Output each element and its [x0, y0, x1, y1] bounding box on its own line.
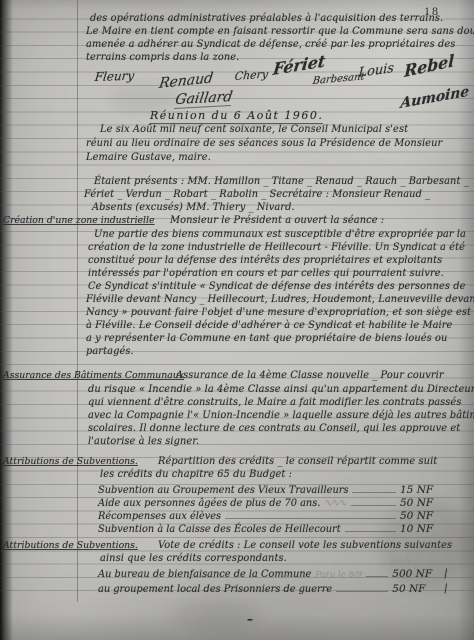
pencil-note: Paru le 8/9 [315, 570, 362, 580]
manuscript-line: création de la zone industrielle de Heil… [88, 242, 465, 253]
manuscript-line: réuni au lieu ordinaire de ses séances s… [86, 138, 442, 149]
manuscript-line: Nancy » pouvant faire l'objet d'une mesu… [86, 307, 471, 318]
margin-heading-zone: Création d'une zone industrielle [3, 215, 155, 226]
manuscript-line: les crédits du chapitre 65 du Budget : [100, 469, 292, 480]
margin-heading-repartition: Attributions de Subventions. [3, 456, 138, 467]
manuscript-line: à Fléville. Le Conseil décide d'adhérer … [86, 320, 452, 331]
manuscript-line: ainsi que les crédits correspondants. [100, 553, 287, 564]
manuscript-line: Monsieur le Président a ouvert la séance… [170, 215, 384, 226]
register-page: 18 des opérations administratives préala… [0, 0, 474, 640]
manuscript-line: Étaient présents : MM. Hamillon _ Titane… [94, 176, 469, 187]
signature: Gaillard [174, 89, 234, 109]
manuscript-line: Fériet _ Verdun _ Robart _ Rabolin _ Sec… [84, 189, 430, 200]
manuscript-line: Vote de crédits : Le conseil vote les su… [158, 540, 452, 551]
subsidy-label: Subvention à la Caisse des Écoles de Hei… [98, 524, 341, 535]
stray-mark: – [247, 612, 253, 626]
manuscript-line: intéressés par l'opération en cours et p… [88, 268, 444, 279]
manuscript-line: l'autorise à les signer. [88, 436, 199, 447]
manuscript-line: Le six Août mil neuf cent soixante, le C… [100, 124, 408, 135]
manuscript-line: Une partie des biens communaux est susce… [94, 229, 466, 240]
manuscript-line: Le Maire en tient compte en faisant ress… [86, 26, 474, 37]
signature: Chery [234, 68, 269, 83]
subsidy-row: Au bureau de bienfaisance de la Commune … [98, 566, 448, 580]
manuscript-line: scolaires. Il donne lecture de ces contr… [88, 423, 460, 434]
manuscript-line: Fléville devant Nancy _ Heillecourt, Lud… [86, 294, 474, 305]
manuscript-line: Absents (excusés) MM. Thiery _ Nivard. [92, 202, 295, 213]
manuscript-line: a y représenter la Commune en tant que p… [86, 333, 447, 344]
subsidy-label: Au bureau de bienfaisance de la Commune [98, 569, 311, 580]
manuscript-line: du risque « Incendie » la 4ème Classe ai… [88, 384, 474, 395]
leader-line [225, 508, 396, 519]
manuscript-line: constitué pour la défense des intérêts d… [88, 255, 442, 266]
signature: Fleury [94, 69, 135, 84]
manuscript-line: Lemaire Gustave, maire. [86, 152, 211, 163]
manuscript-line: Ce Syndicat s'intitule « Syndicat de déf… [88, 281, 466, 292]
leader-line [366, 566, 388, 577]
margin-rule [77, 0, 78, 602]
leader-line [352, 482, 396, 493]
subsidy-amount: 10 NF [400, 523, 448, 535]
manuscript-line: partagés. [86, 346, 134, 357]
manuscript-line: terrains compris dans la zone. [86, 52, 239, 63]
manuscript-line: des opérations administratives préalable… [90, 13, 443, 24]
manuscript-line: avec la Compagnie l'« Union-Incendie » l… [88, 410, 474, 421]
leader-line [336, 581, 388, 592]
subsidy-row: Subvention à la Caisse des Écoles de Hei… [98, 521, 448, 535]
margin-heading-vote: Attributions de Subventions. [3, 540, 138, 551]
leader-line [345, 521, 396, 532]
manuscript-line: amenée a adhérer au Syndicat de défense,… [86, 39, 455, 50]
subsidy-amount: 50 NF [392, 583, 440, 595]
manuscript-line: qui viennent d'être construits, le Maire… [88, 397, 461, 408]
pencil-scribble: ∿∿∿ [390, 557, 412, 568]
manuscript-line: Répartition des crédits _ le conseil rép… [158, 456, 437, 467]
leader-line [351, 495, 396, 506]
margin-heading-assurance: Assurance des Bâtiments Communaux [3, 370, 184, 381]
meeting-title: Réunion du 6 Août 1960. [150, 109, 323, 124]
manuscript-line: Assurance de la 4ème Classe nouvelle _ P… [176, 370, 444, 381]
subsidy-row: au groupement local des Prisonniers de g… [98, 581, 448, 595]
subsidy-amount: 500 NF [392, 568, 440, 580]
subsidy-label: au groupement local des Prisonniers de g… [98, 584, 332, 595]
